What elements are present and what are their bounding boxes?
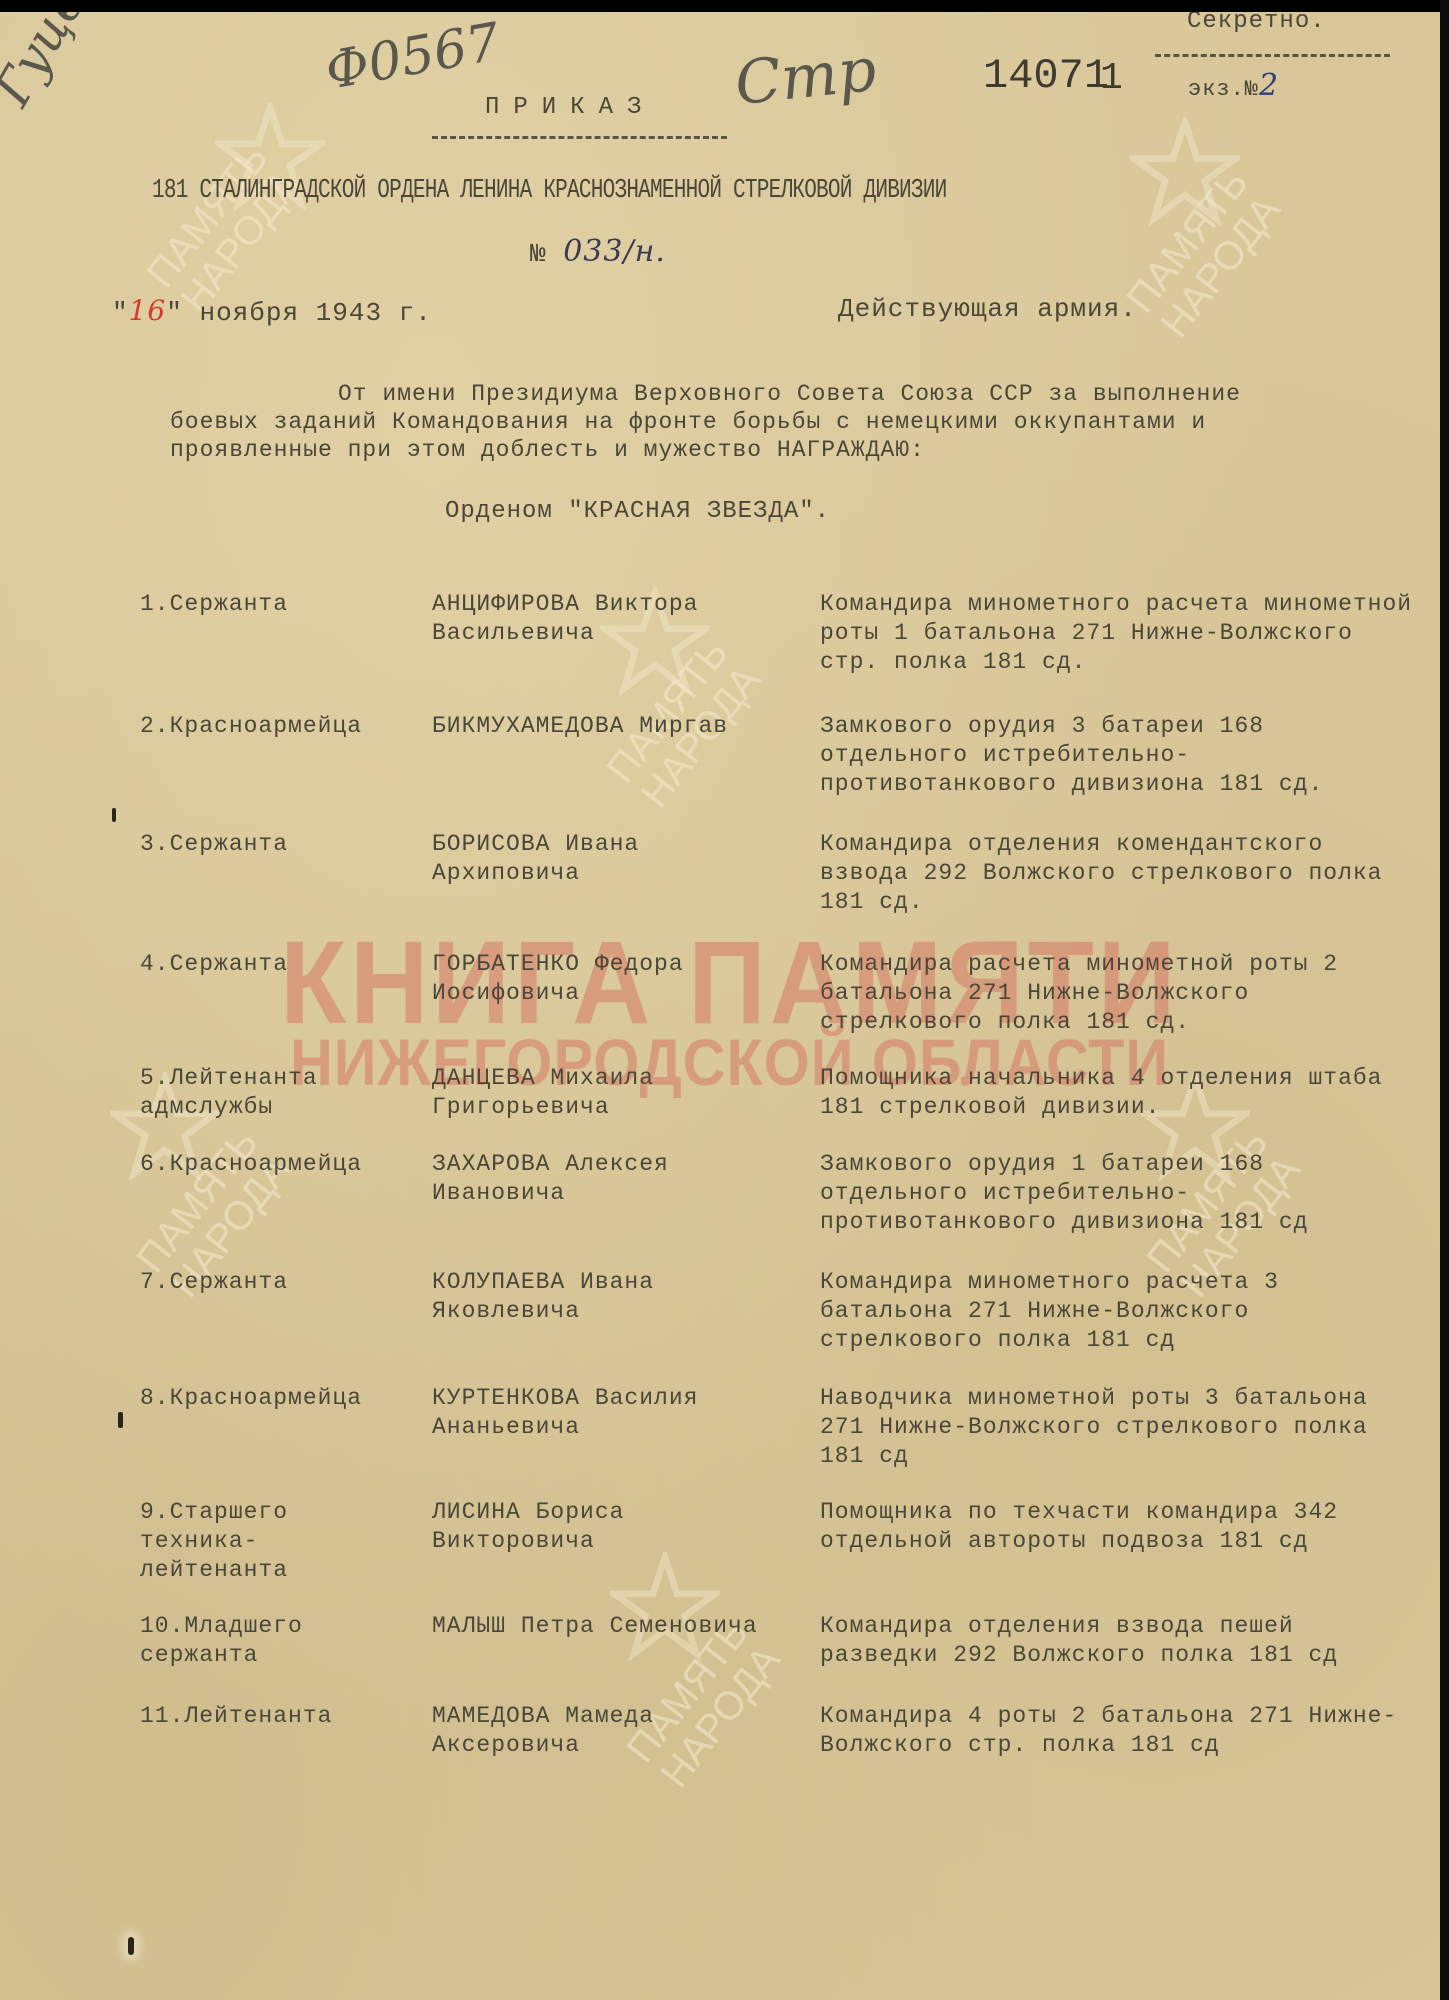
awardee-position: Командира отделения комендантского взвод… [820,830,1420,917]
archive-number: 14071 [983,52,1109,100]
document-title: ПРИКАЗ [485,94,655,121]
awardee-number: 9. [140,1499,170,1525]
document-page: ПАМЯТЬНАРОДА ПАМЯТЬНАРОДА ПАМЯТЬНАРОДА П… [0,12,1440,2000]
copy-label: экз.№ [1188,77,1259,102]
date-month-year: ноября 1943 г. [199,298,431,328]
awardee-name: КУРТЕНКОВА Василия Ананьевича [432,1384,762,1442]
awardee-rank: Сержанта [170,591,288,617]
awardee-number: 2. [140,713,170,739]
awardee-number: 7. [140,1269,170,1295]
awardee-rank: Сержанта [170,831,288,857]
awardee-position: Командира отделения взвода пешей разведк… [820,1612,1420,1670]
awardee-position: Помощника по техчасти командира 342 отде… [820,1498,1420,1556]
awardee-position: Наводчика минометной роты 3 батальона 27… [820,1384,1420,1471]
order-number-value: 033/н. [563,234,666,269]
awardee-rank: Красноармейца [170,1151,362,1177]
awardee-name: ЛИСИНА Бориса Викторовича [432,1498,762,1556]
scan-edge [1440,0,1449,2000]
awardee-name: ДАНЦЕВА Михаила Григорьевича [432,1064,762,1122]
order-number: № 033/н. [530,234,666,269]
punch-hole [128,1937,134,1955]
handwritten-note: Гуцерр 1837 [0,12,200,116]
awardee-name: МАМЕДОВА Мамеда Аксеровича [432,1702,762,1760]
awardee-rank: Лейтенанта [184,1703,332,1729]
awardee-number: 6. [140,1151,170,1177]
copy-number: 2 [1259,68,1279,103]
awardee-position: Замкового орудия 1 батареи 168 отдельног… [820,1150,1420,1237]
order-number-prefix: № [530,239,547,269]
awardee-number: 5. [140,1065,170,1091]
divider [1155,54,1390,57]
awardee-name: БОРИСОВА Ивана Архиповича [432,830,762,888]
location: Действующая армия. [838,294,1137,324]
awardee-name: МАЛЫШ Петра Семеновича [432,1612,762,1641]
awardee-number: 3. [140,831,170,857]
awardee-name: БИКМУХАМЕДОВА Миргав [432,712,762,741]
awardee-position: Замкового орудия 3 батареи 168 отдельног… [820,712,1420,799]
awardee-number: 11. [140,1703,184,1729]
classification-label: Секретно. [1187,12,1326,35]
awardee-position: Помощника начальника 4 отделения штаба 1… [820,1064,1420,1122]
awardee-rank: Сержанта [170,1269,288,1295]
punch-hole [112,808,116,822]
awardee-rank: Сержанта [170,951,288,977]
awardee-name: АНЦИФИРОВА Виктора Васильевича [432,590,762,648]
handwritten-signature: Стр [732,35,880,119]
handwritten-mark: 1 [1100,57,1123,100]
unit-name: 181 СТАЛИНГРАДСКОЙ ОРДЕНА ЛЕНИНА КРАСНОЗ… [152,176,946,206]
awardee-position: Командира 4 роты 2 батальона 271 Нижне-В… [820,1702,1420,1760]
awardee-number: 8. [140,1385,170,1411]
awardee-position: Командира расчета минометной роты 2 бата… [820,950,1420,1037]
awardee-position: Командира минометного расчета минометной… [820,590,1420,677]
awardee-position: Командира минометного расчета 3 батальон… [820,1268,1420,1355]
punch-hole [118,1412,123,1428]
title-underline [432,136,727,139]
award-heading: Орденом "КРАСНАЯ ЗВЕЗДА". [445,498,830,525]
copy-number-label: экз.№2 [1188,68,1279,103]
awardee-number: 4. [140,951,170,977]
awardee-rank: Красноармейца [170,1385,362,1411]
preamble-text: От имени Президиума Верховного Совета Со… [170,380,1250,464]
awardee-name: ЗАХАРОВА Алексея Ивановича [432,1150,762,1208]
awardee-rank: Красноармейца [170,713,362,739]
order-date: "16" ноября 1943 г. [112,294,432,328]
awardee-name: КОЛУПАЕВА Ивана Яковлевича [432,1268,762,1326]
date-day: 16 [129,294,167,327]
awardee-name: ГОРБАТЕНКО Федора Иосифовича [432,950,762,1008]
quote: " [112,298,129,328]
awardee-number: 1. [140,591,170,617]
awardee-number: 10. [140,1613,184,1639]
quote: " [166,298,183,328]
handwritten-note: Ф0567 [321,12,504,102]
